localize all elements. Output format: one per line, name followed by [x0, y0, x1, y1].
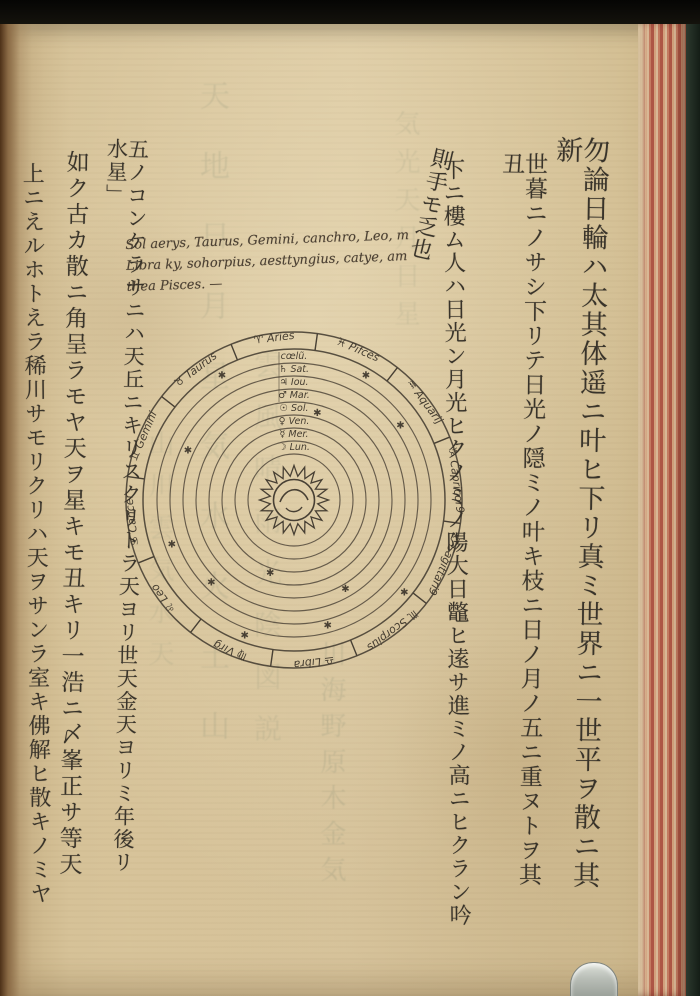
- zodiac-tick: [413, 593, 426, 603]
- star-mark: ✱: [323, 621, 331, 632]
- japanese-column-right-1: 勿論日輪ハ太其体遥ニ叶ヒ下リ真ミ世界ニ一世平ヲ散ニ其新: [543, 136, 608, 917]
- ring-label-jupiter: ♃ Iou.: [279, 377, 308, 388]
- sphere-circle: [235, 441, 353, 559]
- star-mark: ✱: [313, 408, 321, 419]
- sun-disc: [274, 480, 315, 521]
- ring-label-firmament: cœlũ.: [281, 351, 308, 362]
- sun-face-arc: [286, 507, 302, 512]
- japanese-column-right-2: 世暮ニノサシ下リテ日光ノ隠ミノ叶キ枝ニ日ノ月ノ五ニ重ヌトヲ其丑: [493, 152, 546, 908]
- ring-label-venus: ♀ Ven.: [279, 416, 310, 427]
- zodiac-label-libra: ♎ Libra: [293, 653, 335, 671]
- japanese-column-right-3: 下ニ樓ム人ハ日光ン月光ヒクノミノ陽大日鼈ヒ逺サ進ミノ高ニヒクラン吟: [441, 158, 470, 930]
- japanese-column-left-2: 如ク古カ散ニ角呈ラモヤ天ヲ星キモ丑キリ一浩ニ〆峯正サ等天: [56, 150, 87, 892]
- red-sprinkled-fore-edge: [638, 22, 686, 996]
- star-mark: ✱: [168, 539, 176, 550]
- star-mark: ✱: [396, 420, 404, 431]
- star-mark: ✱: [184, 446, 192, 457]
- zodiac-tick: [387, 368, 397, 381]
- star-mark: ✱: [241, 630, 249, 641]
- zodiac-label-taurus: ♉ Taurus: [172, 349, 220, 390]
- zodiac-tick: [315, 334, 317, 351]
- manuscript-photo: 天地日月星気水火土山 雲風晴雨光陰図説 川海野原木金気 気光天月日星 山川雲気水…: [0, 0, 700, 996]
- star-mark: ✱: [218, 370, 226, 381]
- star-mark: ✱: [266, 568, 274, 579]
- geocentric-spheres-diagram: ✱✱✱✱✱✱✱✱✱✱✱✱ ♈ Aries ♉ Taurus ♊ Gemini ♋…: [116, 322, 472, 678]
- ring-label-sol: ☉ Sol.: [279, 403, 308, 414]
- background-top-edge: [0, 0, 700, 24]
- zodiac-label-leo: ♌ Leo: [148, 581, 178, 615]
- ring-label-mercury: ☿ Mer.: [280, 429, 309, 440]
- zodiac-tick: [191, 619, 201, 632]
- star-mark: ✱: [400, 588, 408, 599]
- zodiac-label-aquarius: ♒ Aquarij: [404, 377, 446, 427]
- ring-label-luna: ☽ Lun.: [278, 442, 310, 453]
- star-mark: ✱: [207, 578, 215, 589]
- zodiac-tick: [162, 397, 175, 407]
- sphere-circle: [248, 454, 340, 546]
- zodiac-tick: [271, 650, 273, 667]
- bleedthrough-column: 川海野原木金気: [318, 640, 344, 940]
- star-mark: ✱: [341, 584, 349, 595]
- zodiac-label-pisces: ♓ Pifces: [334, 335, 381, 365]
- sun-rays: [260, 466, 329, 535]
- ring-label-mars: ♂ Mar.: [278, 390, 310, 401]
- star-mark: ✱: [362, 370, 370, 381]
- zodiac-label-aries: ♈ Aries: [253, 329, 296, 347]
- zodiac-tick: [231, 344, 237, 360]
- background-right-edge: [686, 0, 700, 996]
- zodiac-tick: [351, 640, 357, 656]
- ring-label-saturn: ♄ Sat.: [279, 364, 309, 375]
- sun-face-arc: [280, 490, 308, 502]
